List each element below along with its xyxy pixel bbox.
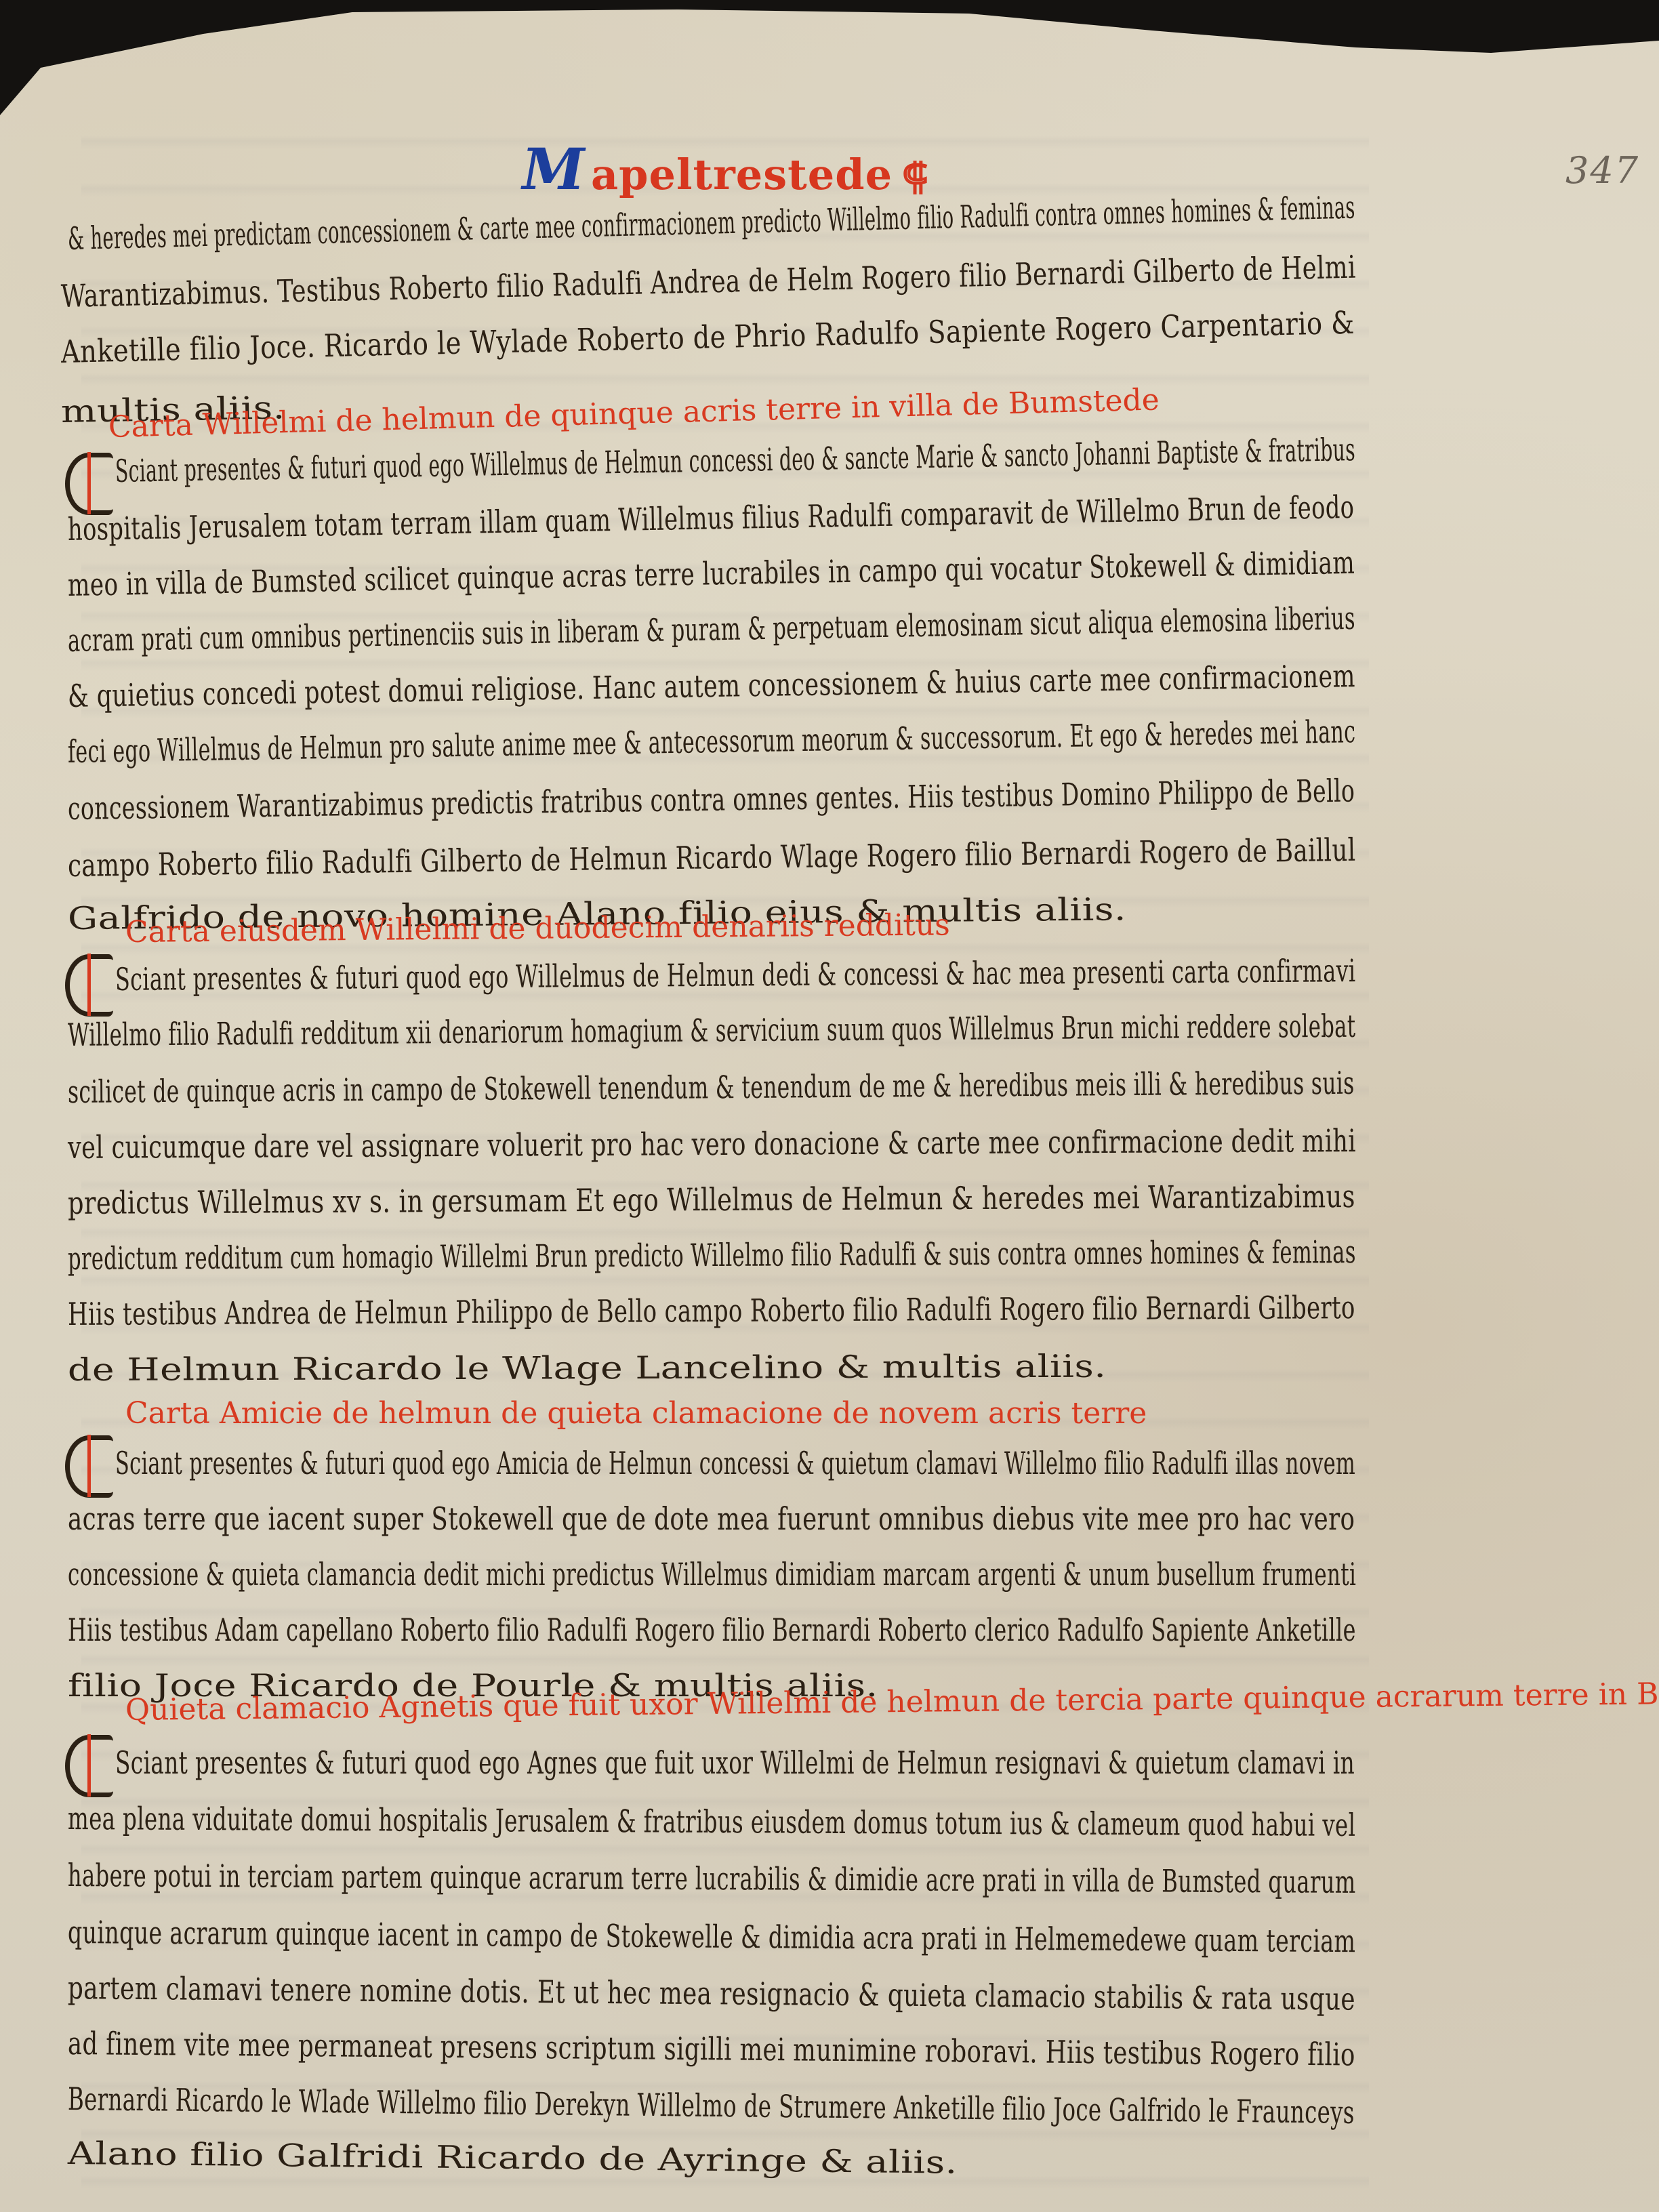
text-line: vel cuicumque dare vel assignare volueri… [68, 1122, 1356, 1166]
text-line: Sciant presentes & futuri quod ego Wille… [115, 952, 1356, 998]
text-line: feci ego Willelmus de Helmun pro salute … [68, 713, 1356, 770]
decorated-initial-icon [65, 1435, 113, 1498]
text-line: concessionem Warantizabimus predictis fr… [68, 772, 1355, 827]
text-line: de Helmun Ricardo le Wlage Lancelino & m… [68, 1348, 1107, 1388]
text-line: acras terre que iacent super Stokewell q… [68, 1500, 1355, 1537]
text-line: quinque acrarum quinque iacent in campo … [68, 1914, 1356, 1959]
heading-initial: M [516, 136, 591, 203]
page-heading: Mapeltrestede⸿ [522, 136, 928, 203]
text-line: predictus Willelmus xv s. in gersumam Et… [68, 1178, 1355, 1221]
text-line: ad finem vite mee permaneat presens scri… [68, 2025, 1355, 2073]
text-line: Alano filio Galfridi Ricardo de Ayringe … [68, 2135, 958, 2181]
text-line: habere potui in terciam partem quinque a… [68, 1857, 1356, 1900]
folio-number: 347 [1565, 149, 1639, 192]
text-line: acram prati cum omnibus pertinenciis sui… [68, 600, 1356, 659]
text-line: Hiis testibus Andrea de Helmun Philippo … [68, 1289, 1355, 1332]
text-line: campo Roberto filio Radulfi Gilberto de … [68, 832, 1356, 884]
text-line: mea plena viduitate domui hospitalis Jer… [68, 1800, 1356, 1843]
text-line: & quietius concedi potest domui religios… [68, 657, 1356, 714]
manuscript-page: 347 Mapeltrestede⸿ & heredes mei predict… [0, 0, 1659, 2212]
text-line: Sciant presentes & futuri quod ego Amici… [115, 1445, 1355, 1481]
text-line: Hiis testibus Adam capellano Roberto fil… [68, 1612, 1356, 1648]
text-line: meo in villa de Bumsted scilicet quinque… [68, 544, 1355, 603]
text-line: predictum redditum cum homagio Willelmi … [68, 1233, 1356, 1277]
text-line: scilicet de quinque acris in campo de St… [68, 1065, 1355, 1110]
heading-end-mark-icon: ⸿ [902, 155, 928, 198]
decorated-initial-icon [65, 954, 113, 1017]
decorated-initial-icon [65, 453, 113, 515]
text-line: hospitalis Jerusalem totam terram illam … [68, 489, 1355, 548]
text-line: Anketille filio Joce. Ricardo le Wylade … [60, 304, 1355, 370]
charter-rubric: Carta Amicie de helmun de quieta clamaci… [125, 1396, 1147, 1431]
text-line: concessione & quieta clamancia dedit mic… [68, 1556, 1356, 1593]
heading-text: apeltrestede [591, 150, 893, 199]
text-line: Warantizabimus. Testibus Roberto filio R… [60, 249, 1356, 314]
decorated-initial-icon [65, 1735, 113, 1797]
text-line: Sciant presentes & futuri quod ego Wille… [115, 431, 1356, 489]
text-line: partem clamavi tenere nomine dotis. Et u… [68, 1969, 1355, 2018]
charter-rubric: Carta eiusdem Willelmi de duodecim denar… [125, 907, 950, 949]
text-line: Bernardi Ricardo le Wlade Willelmo filio… [68, 2081, 1355, 2131]
text-line: Willelmo filio Radulfi redditum xii dena… [68, 1008, 1356, 1053]
text-line: Sciant presentes & futuri quod ego Agnes… [115, 1744, 1355, 1781]
